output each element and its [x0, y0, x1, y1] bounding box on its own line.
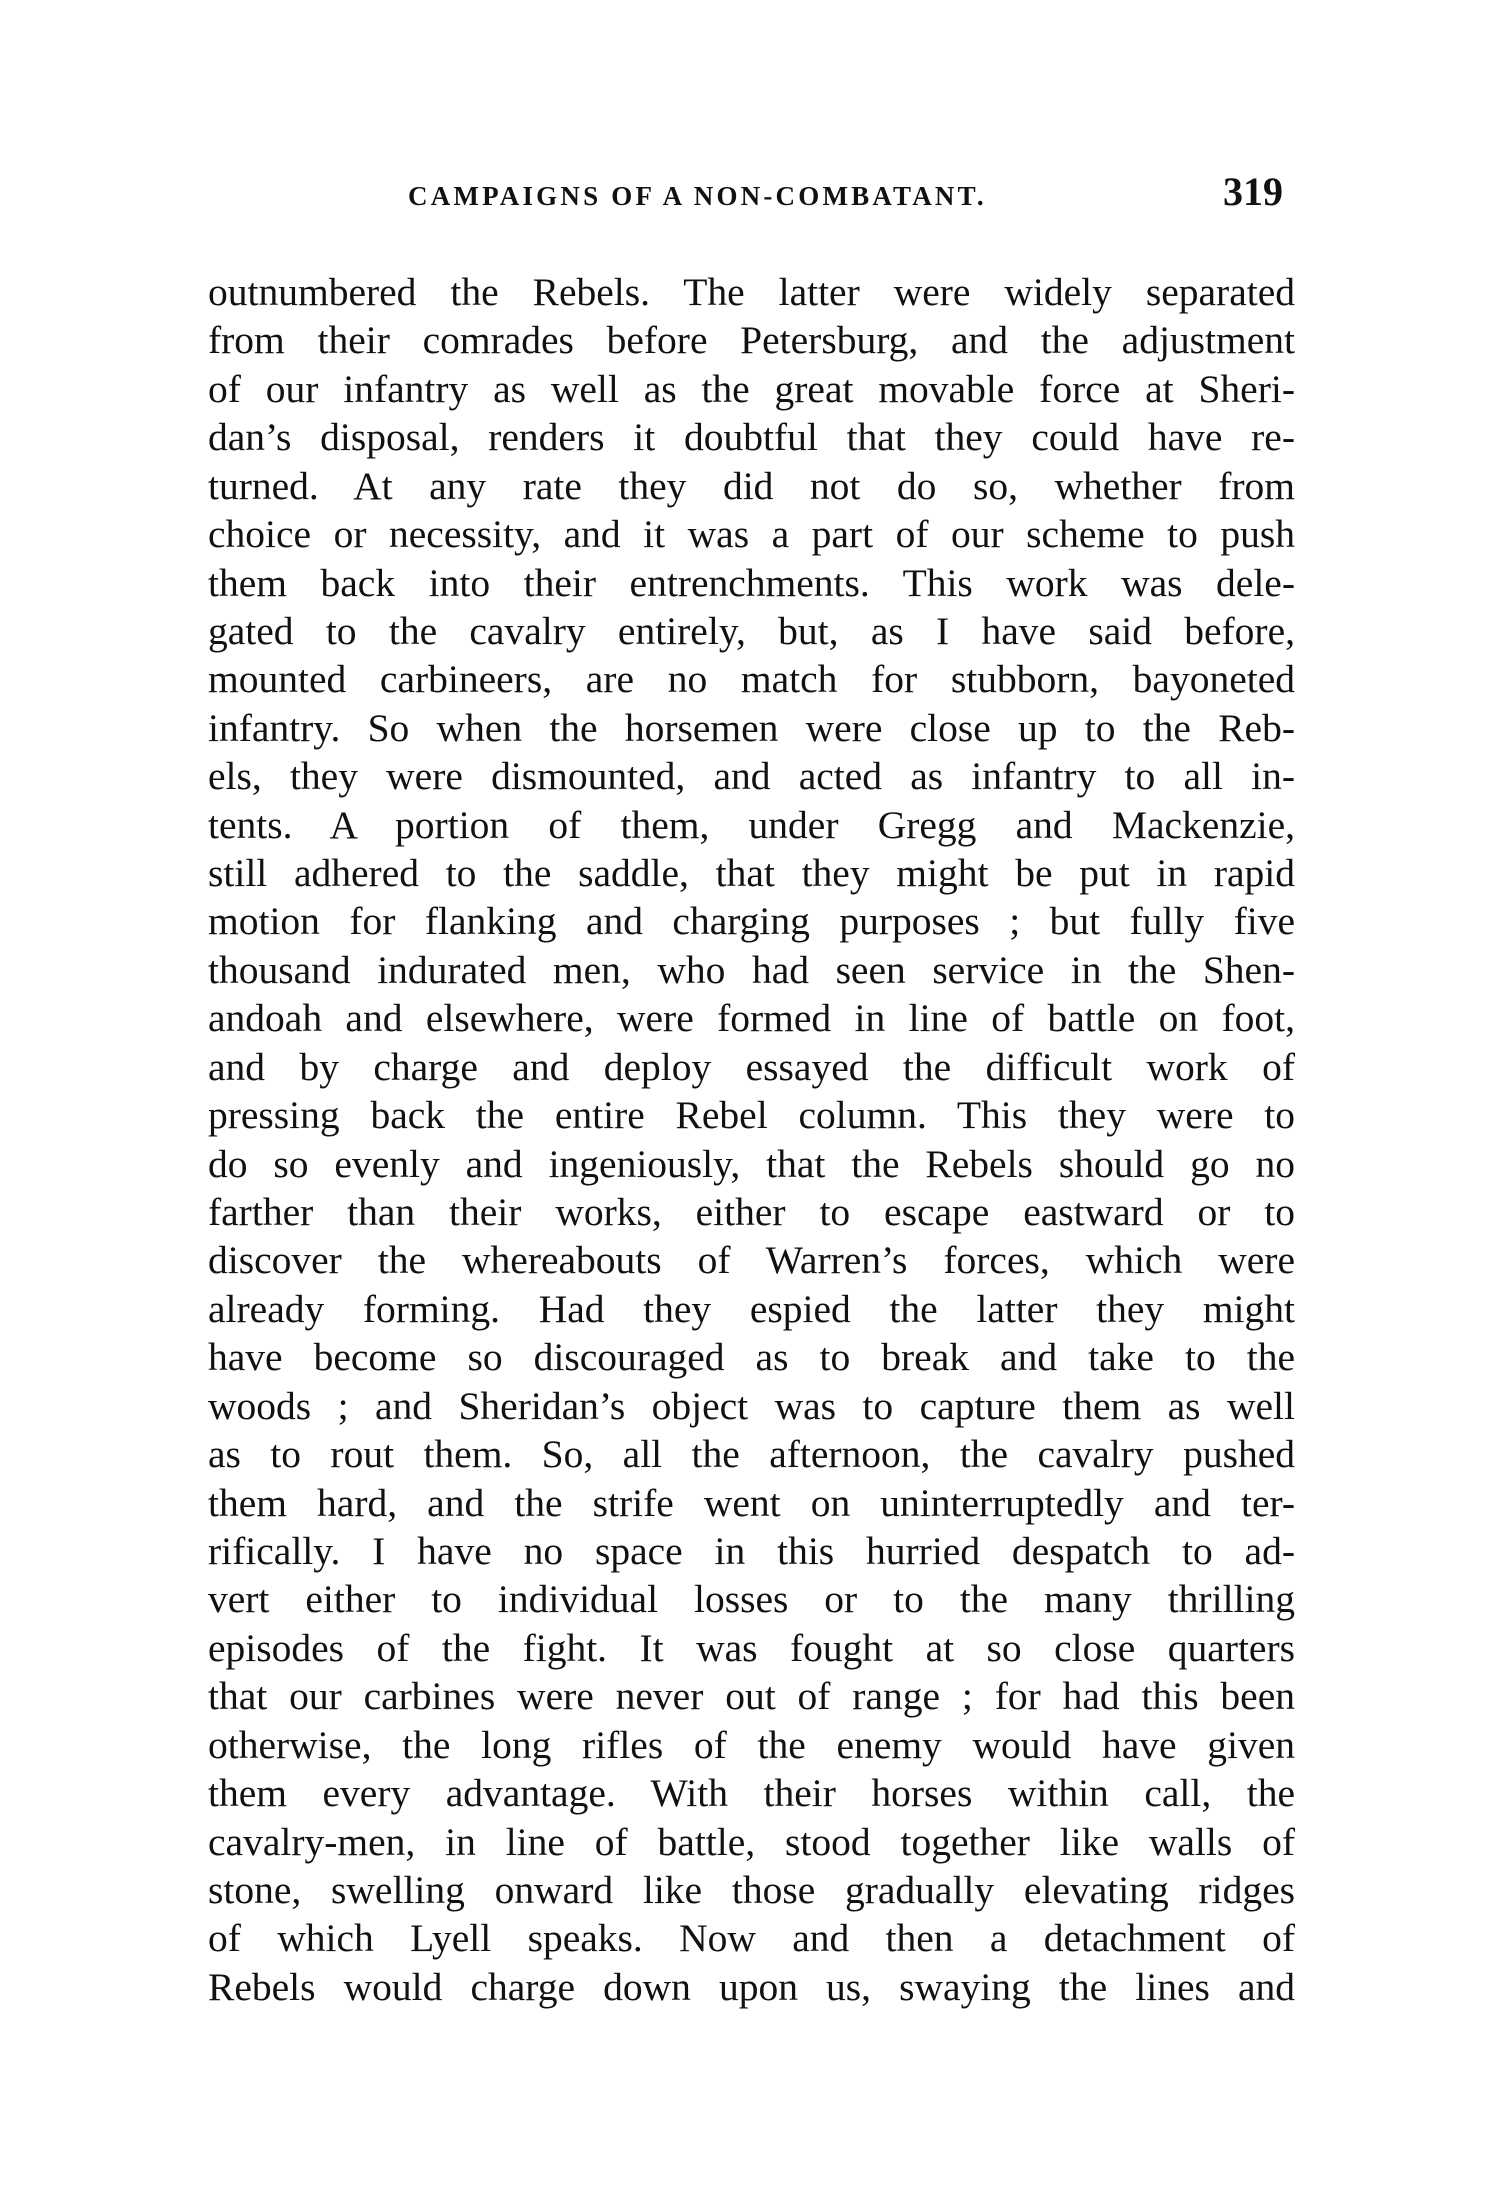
text-line: that our carbines were never out of rang… — [208, 1672, 1295, 1720]
text-line: do so evenly and ingeniously, that the R… — [208, 1140, 1295, 1188]
text-line: episodes of the fight. It was fought at … — [208, 1624, 1295, 1672]
text-line: them hard, and the strife went on uninte… — [208, 1479, 1295, 1527]
text-line: els, they were dismounted, and acted as … — [208, 752, 1295, 800]
text-line: woods ; and Sheridan’s object was to cap… — [208, 1382, 1295, 1430]
text-line: andoah and elsewhere, were formed in lin… — [208, 994, 1295, 1042]
page-number: 319 — [1223, 170, 1283, 214]
book-page: CAMPAIGNS OF A NON-COMBATANT. 319 outnum… — [0, 0, 1512, 2186]
text-line: from their comrades before Petersburg, a… — [208, 316, 1295, 364]
text-line: outnumbered the Rebels. The latter were … — [208, 268, 1295, 316]
text-line: gated to the cavalry entirely, but, as I… — [208, 607, 1295, 655]
text-line: Rebels would charge down upon us, swayin… — [208, 1963, 1295, 2011]
text-line: thousand indurated men, who had seen ser… — [208, 946, 1295, 994]
text-line: pressing back the entire Rebel column. T… — [208, 1091, 1295, 1139]
text-line: choice or necessity, and it was a part o… — [208, 510, 1295, 558]
text-line: farther than their works, either to esca… — [208, 1188, 1295, 1236]
text-line: cavalry-men, in line of battle, stood to… — [208, 1818, 1295, 1866]
text-line: discover the whereabouts of Warren’s for… — [208, 1236, 1295, 1284]
text-line: have become so discouraged as to break a… — [208, 1333, 1295, 1381]
text-line: dan’s disposal, renders it doubtful that… — [208, 413, 1295, 461]
text-line: already forming. Had they espied the lat… — [208, 1285, 1295, 1333]
text-line: stone, swelling onward like those gradua… — [208, 1866, 1295, 1914]
text-line: of our infantry as well as the great mov… — [208, 365, 1295, 413]
text-line: and by charge and deploy essayed the dif… — [208, 1043, 1295, 1091]
text-line: still adhered to the saddle, that they m… — [208, 849, 1295, 897]
text-line: vert either to individual losses or to t… — [208, 1575, 1295, 1623]
text-line: rifically. I have no space in this hurri… — [208, 1527, 1295, 1575]
text-line: tents. A portion of them, under Gregg an… — [208, 801, 1295, 849]
text-line: otherwise, the long rifles of the enemy … — [208, 1721, 1295, 1769]
text-line: them every advantage. With their horses … — [208, 1769, 1295, 1817]
text-line: motion for flanking and charging purpose… — [208, 897, 1295, 945]
text-line: of which Lyell speaks. Now and then a de… — [208, 1914, 1295, 1962]
running-title: CAMPAIGNS OF A NON-COMBATANT. — [408, 176, 987, 216]
text-line: mounted carbineers, are no match for stu… — [208, 655, 1295, 703]
running-head: CAMPAIGNS OF A NON-COMBATANT. 319 — [208, 170, 1293, 218]
text-line: turned. At any rate they did not do so, … — [208, 462, 1295, 510]
body-text: outnumbered the Rebels. The latter were … — [208, 268, 1295, 2011]
text-line: them back into their entrenchments. This… — [208, 559, 1295, 607]
text-line: as to rout them. So, all the afternoon, … — [208, 1430, 1295, 1478]
text-line: infantry. So when the horsemen were clos… — [208, 704, 1295, 752]
